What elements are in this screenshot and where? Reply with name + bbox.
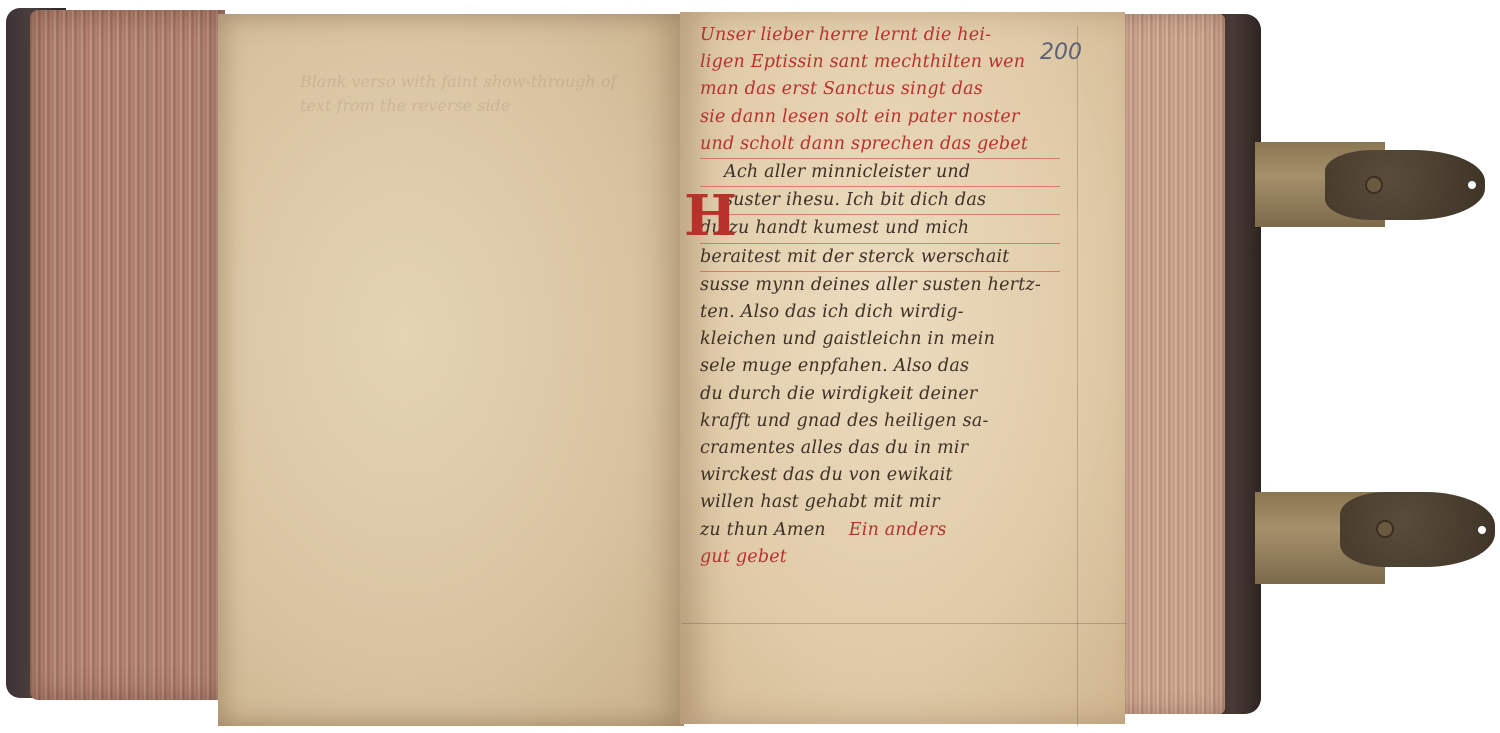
prayer-line: suster ihesu. Ich bit dich das (700, 187, 1060, 215)
prayer-line: du zu handt kumest und mich (700, 215, 1060, 243)
ruling-horizontal (682, 623, 1127, 624)
prayer-line: beraitest mit der sterck werschait (700, 244, 1060, 272)
rubric-line: man das erst Sanctus singt das (700, 76, 1060, 103)
clasp-top-icon (1325, 150, 1485, 220)
prayer-line: zu thun Amen (700, 520, 826, 540)
prayer-line: cramentes alles das du in mir (700, 435, 1060, 462)
prayer-line: sele muge enpfahen. Also das (700, 353, 1060, 380)
closing-rubric: gut gebet (700, 544, 1060, 571)
prayer-line: ten. Also das ich dich wirdig- (700, 299, 1060, 326)
prayer-line: susse mynn deines aller susten hertz- (700, 272, 1060, 299)
clasp-bottom-icon (1340, 492, 1495, 567)
show-through-text: Blank verso with faint show-through of t… (300, 70, 640, 370)
closing-rubric: Ein anders (849, 520, 947, 540)
clasp-hole-icon (1478, 526, 1486, 534)
page-edges-right (1115, 14, 1225, 714)
prayer-line: kleichen und gaistleichn in mein (700, 326, 1060, 353)
prayer-line: willen hast gehabt mit mir (700, 489, 1060, 516)
page-edges-left (30, 10, 225, 700)
prayer-line: du durch die wirdigkeit deiner (700, 381, 1060, 408)
rubric-line: ligen Eptissin sant mechthilten wen (700, 49, 1060, 76)
rivet-icon (1367, 178, 1381, 192)
rubric-line: Unser lieber herre lernt die hei- (700, 22, 1060, 49)
manuscript-text: Unser lieber herre lernt die hei- ligen … (700, 22, 1060, 571)
clasp-hole-icon (1468, 181, 1476, 189)
rubric-line: sie dann lesen solt ein pater noster (700, 104, 1060, 131)
rivet-icon (1378, 522, 1392, 536)
prayer-line: krafft und gnad des heiligen sa- (700, 408, 1060, 435)
prayer-line: Ach aller minnicleister und (700, 159, 1060, 187)
rubric-line: und scholt dann sprechen das gebet (700, 131, 1060, 159)
decorated-initial-h: H (684, 188, 737, 244)
prayer-line: wirckest das du von ewikait (700, 462, 1060, 489)
ruling-vertical (1077, 26, 1078, 726)
